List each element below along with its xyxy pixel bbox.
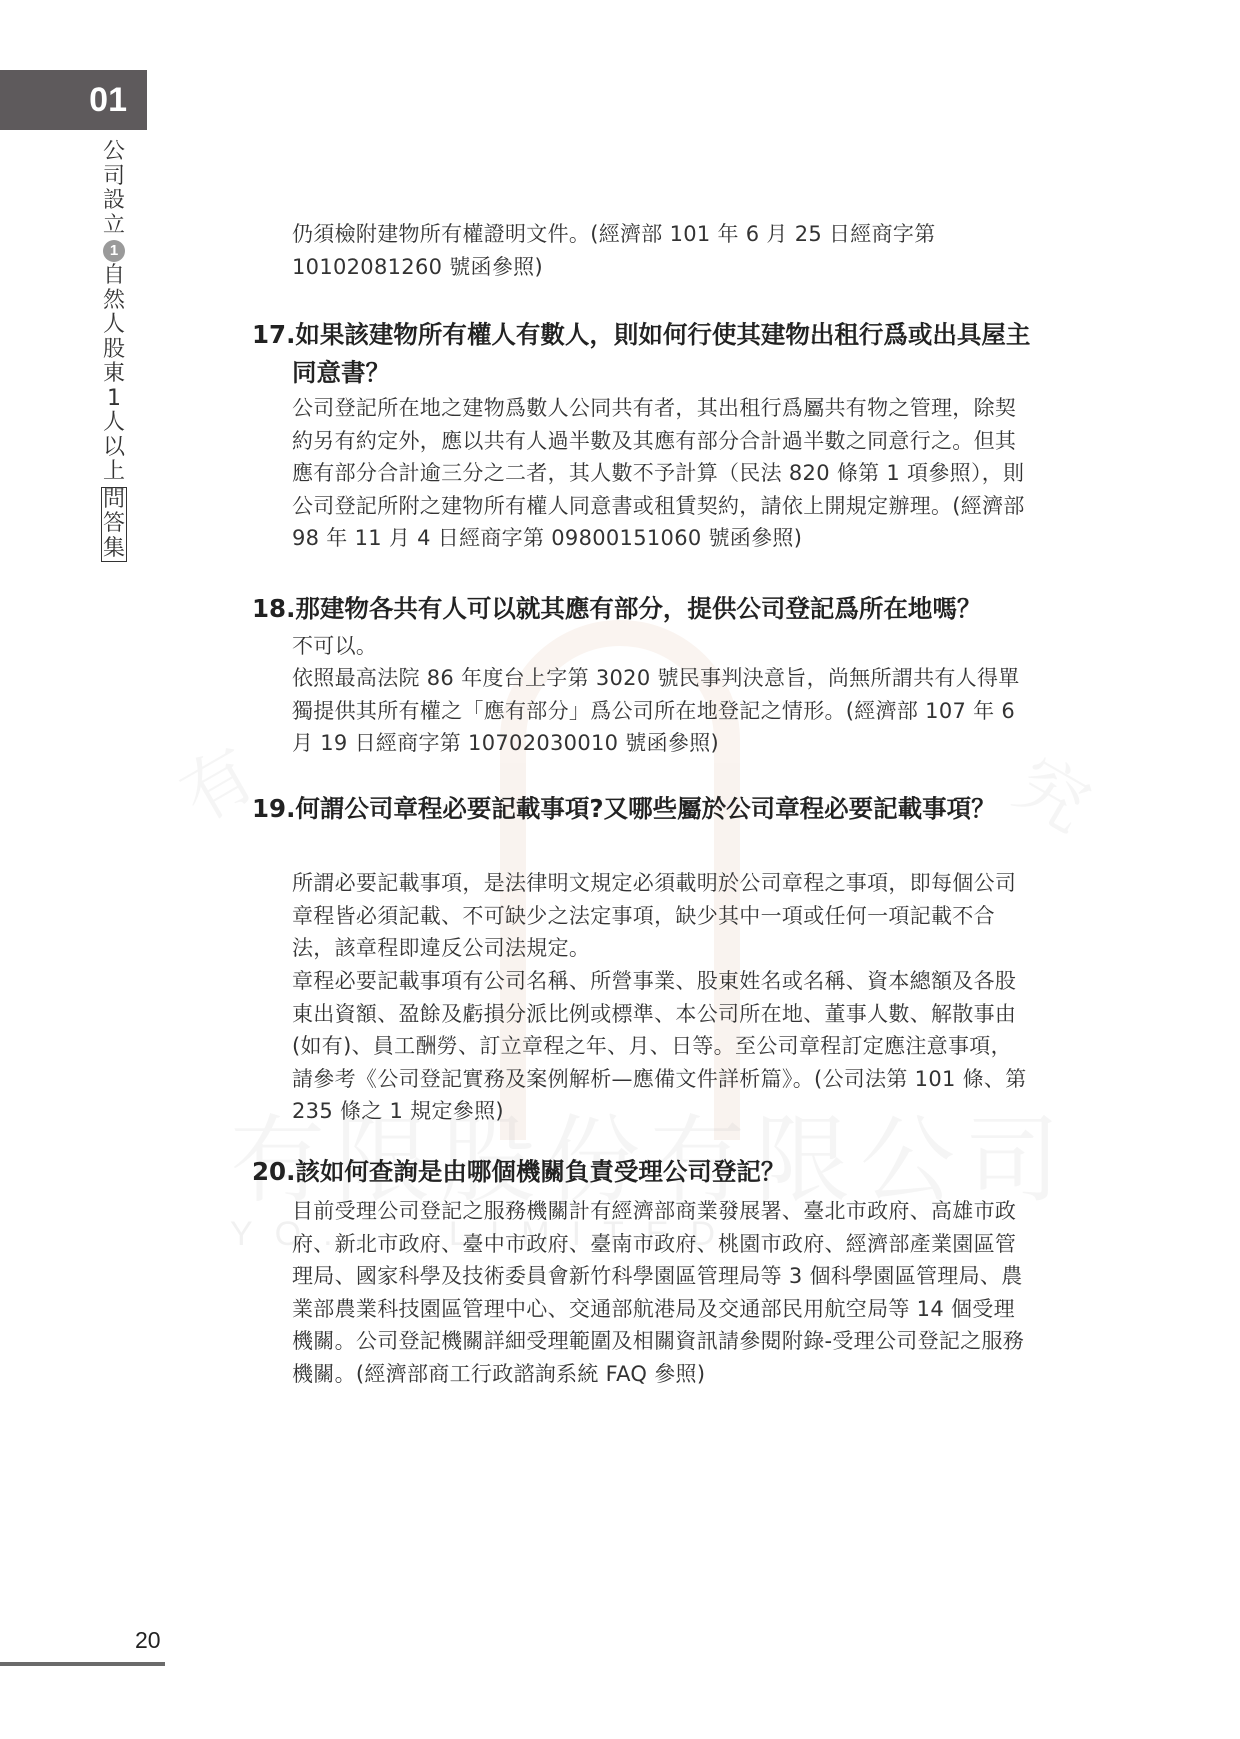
side-title-boxed: 問 答 集 <box>101 487 127 563</box>
side-title-char: 司 <box>103 165 125 190</box>
side-title-char: 以 <box>103 436 125 461</box>
question-19-answer-1: 所謂必要記載事項，是法律明文規定必須載明於公司章程之事項，即每個公司章程皆必須記… <box>292 867 1032 965</box>
question-18-title: 18.那建物各共有人可以就其應有部分，提供公司登記爲所在地嗎？ <box>252 590 1042 628</box>
question-19-answer-2: 章程必要記載事項有公司名稱、所營事業、股東姓名或名稱、資本總額及各股東出資額、盈… <box>292 965 1032 1128</box>
question-17-answer: 公司登記所在地之建物爲數人公同共有者，其出租行爲屬共有物之管理，除契約另有約定外… <box>292 392 1032 555</box>
chapter-number: 01 <box>89 81 127 120</box>
side-title-char: 公 <box>103 140 125 165</box>
page-number: 20 <box>135 1627 161 1654</box>
side-title-char: 集 <box>103 537 125 562</box>
side-title-char: 立 <box>103 214 125 239</box>
side-title-char: 設 <box>103 189 125 214</box>
side-title-char: 東 <box>103 362 125 387</box>
question-20-answer: 目前受理公司登記之服務機關計有經濟部商業發展署、臺北市政府、高雄市政府、新北市政… <box>292 1195 1032 1390</box>
side-chapter-title: 公 司 設 立 1 自 然 人 股 東 1 人 以 上 問 答 集 <box>101 140 127 562</box>
side-title-char: 答 <box>103 512 125 537</box>
circled-number-icon: 1 <box>103 240 125 262</box>
side-title-char: 自 <box>103 264 125 289</box>
intro-paragraph: 仍須檢附建物所有權證明文件。(經濟部 101 年 6 月 25 日經商字第 10… <box>292 218 1032 283</box>
question-18-answer-1: 不可以。 <box>292 630 1032 663</box>
footer-divider <box>0 1662 165 1666</box>
side-title-char: 人 <box>103 313 125 338</box>
question-17-title: 17.如果該建物所有權人有數人，則如何行使其建物出租行爲或出具屋主同意書？ <box>252 316 1042 392</box>
question-19-title: 19.何謂公司章程必要記載事項?又哪些屬於公司章程必要記載事項？ <box>252 790 1042 828</box>
side-title-char: 然 <box>103 289 125 314</box>
chapter-tab: 01 <box>0 70 147 130</box>
question-18-answer-2: 依照最高法院 86 年度台上字第 3020 號民事判決意旨，尚無所謂共有人得單獨… <box>292 662 1032 760</box>
side-title-char: 股 <box>103 338 125 363</box>
side-title-char: 問 <box>103 488 125 513</box>
side-title-char: 人 <box>103 411 125 436</box>
side-title-char: 上 <box>103 460 125 485</box>
side-title-char: 1 <box>107 387 121 412</box>
question-20-title: 20.該如何查詢是由哪個機關負責受理公司登記？ <box>252 1153 1042 1191</box>
